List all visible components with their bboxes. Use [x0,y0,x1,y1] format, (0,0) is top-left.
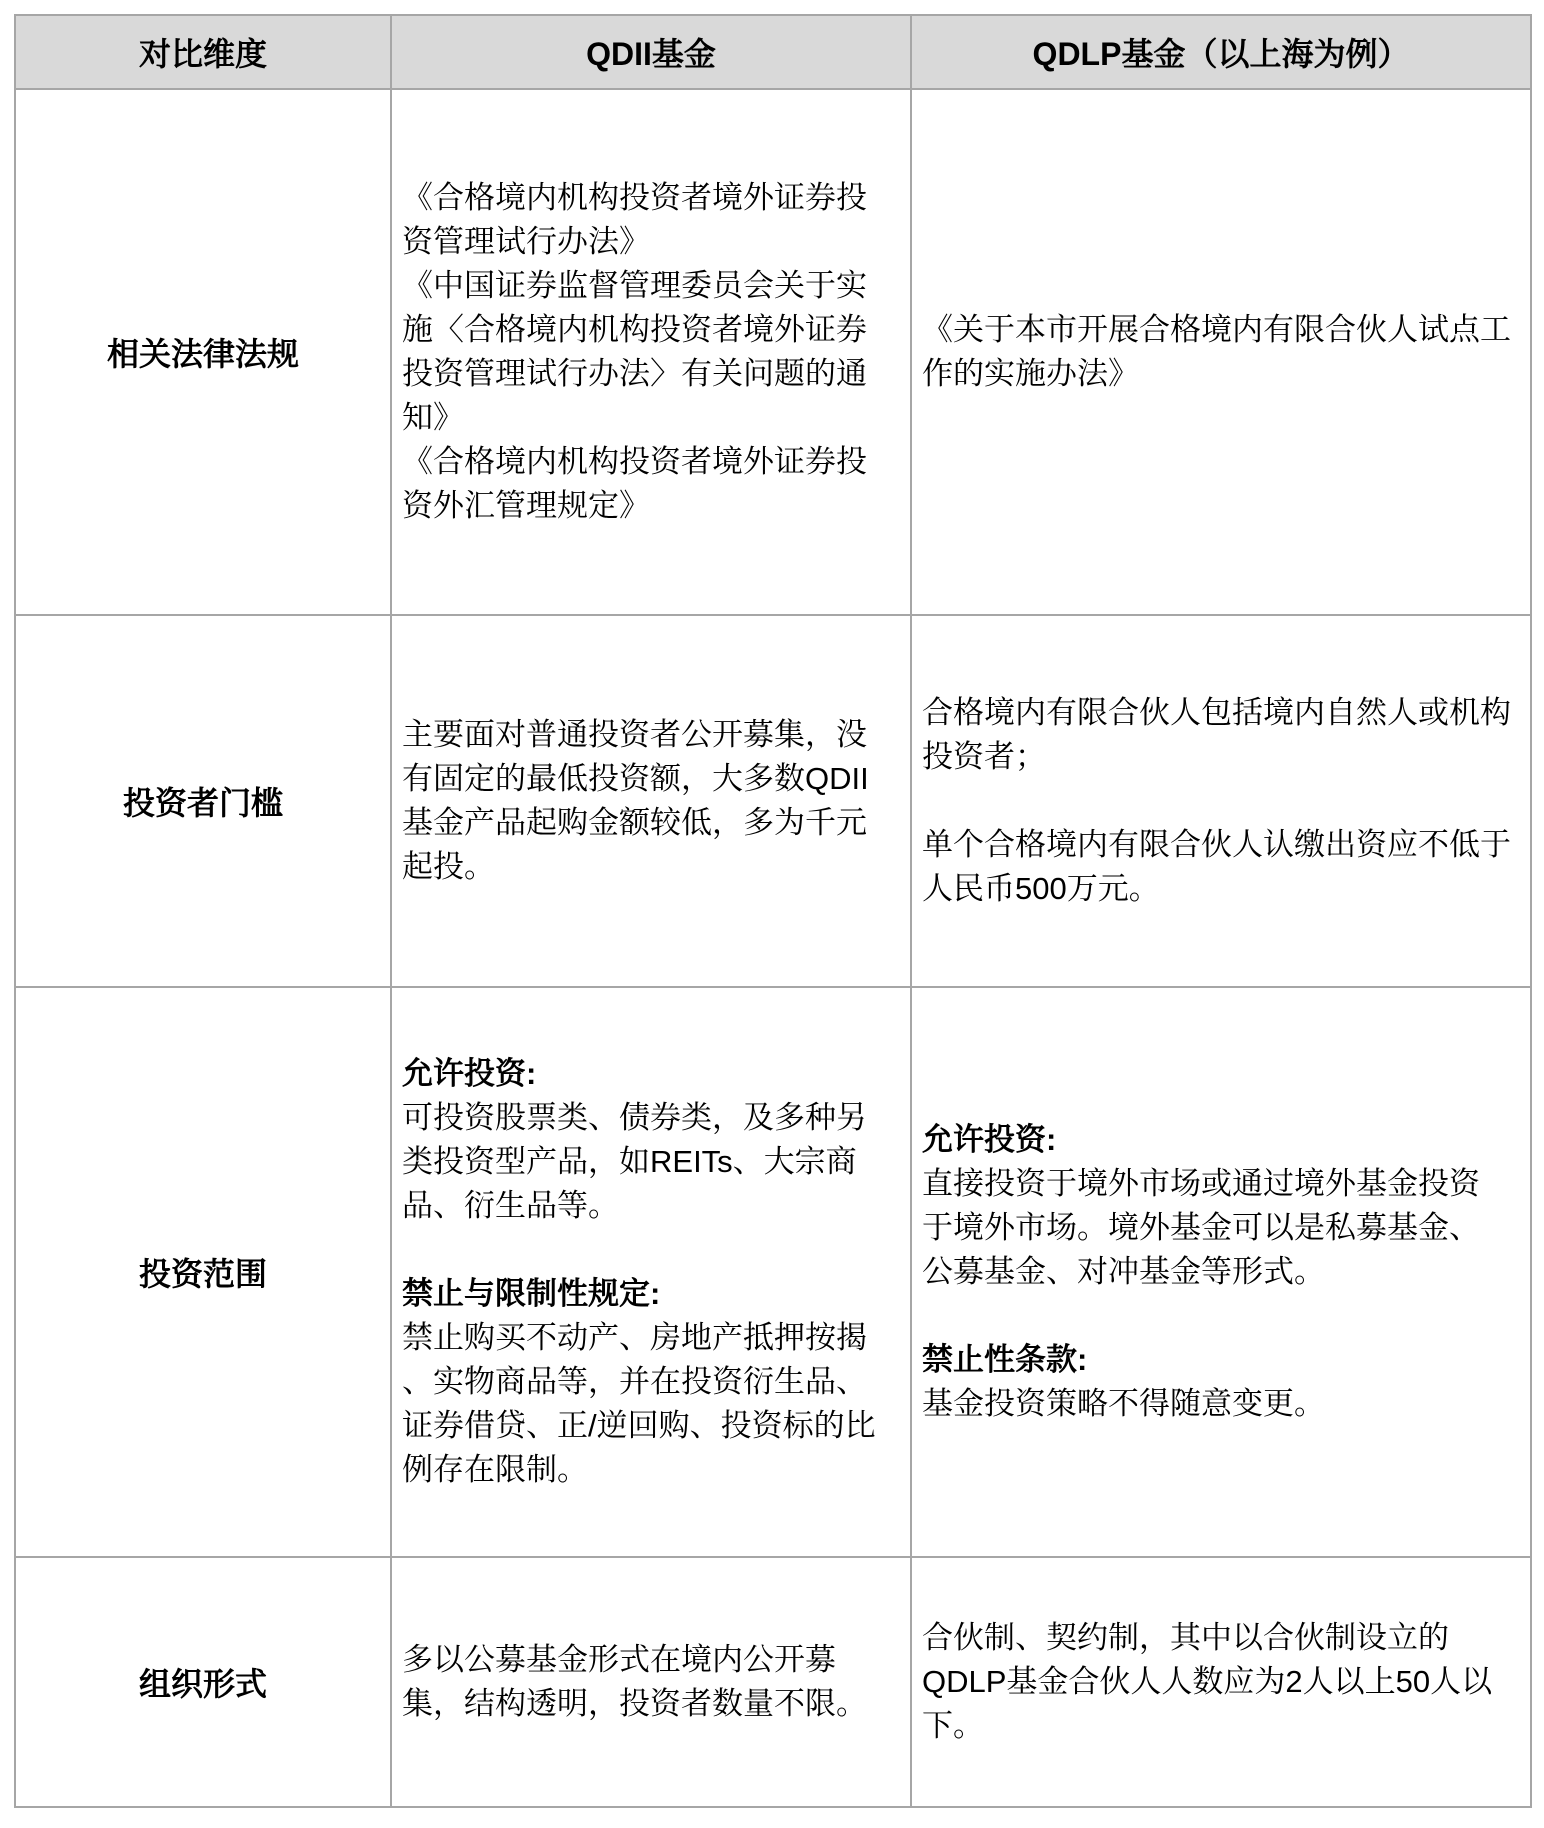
allowed-investments-text: 直接投资于境外市场或通过境外基金投资 于境外市场。境外基金可以是私募基金、 公募… [922,1162,1522,1294]
cell-text: 合伙制、契约制，其中以合伙制设立的 QDLP基金合伙人人数应为2人以上50人以 … [922,1616,1522,1748]
table-row-laws: 相关法律法规 《合格境内机构投资者境外证券投 资管理试行办法》 《中国证券监督管… [15,89,1531,615]
allowed-investments-text: 可投资股票类、债券类，及多种另 类投资型产品，如REITs、大宗商 品、衍生品等… [402,1096,902,1228]
row-dimension-laws: 相关法律法规 [15,89,391,615]
table-row-scope: 投资范围 允许投资: 可投资股票类、债券类，及多种另 类投资型产品，如REITs… [15,987,1531,1557]
cell-text: 《关于本市开展合格境内有限合伙人试点工 作的实施办法》 [922,308,1522,396]
prohibited-restrictions-label: 禁止与限制性规定: [402,1272,902,1316]
header-row: 对比维度 QDII基金 QDLP基金（以上海为例） [15,15,1531,89]
cell-qdii-threshold: 主要面对普通投资者公开募集，没 有固定的最低投资额，大多数QDII 基金产品起购… [391,615,911,987]
cell-text: 多以公募基金形式在境内公开募 集，结构透明，投资者数量不限。 [402,1638,902,1726]
cell-qdlp-threshold: 合格境内有限合伙人包括境内自然人或机构 投资者； 单个合格境内有限合伙人认缴出资… [911,615,1531,987]
allowed-investments-label: 允许投资: [922,1118,1522,1162]
document-page: 对比维度 QDII基金 QDLP基金（以上海为例） 相关法律法规 《合格境内机构… [14,14,1530,1808]
cell-text: 主要面对普通投资者公开募集，没 有固定的最低投资额，大多数QDII 基金产品起购… [402,713,902,889]
cell-qdlp-form: 合伙制、契约制，其中以合伙制设立的 QDLP基金合伙人人数应为2人以上50人以 … [911,1557,1531,1807]
cell-text: 合格境内有限合伙人包括境内自然人或机构 投资者； 单个合格境内有限合伙人认缴出资… [922,691,1522,911]
prohibited-clause-text: 基金投资策略不得随意变更。 [922,1382,1522,1426]
table-row-threshold: 投资者门槛 主要面对普通投资者公开募集，没 有固定的最低投资额，大多数QDII … [15,615,1531,987]
cell-qdii-form: 多以公募基金形式在境内公开募 集，结构透明，投资者数量不限。 [391,1557,911,1807]
comparison-table: 对比维度 QDII基金 QDLP基金（以上海为例） 相关法律法规 《合格境内机构… [14,14,1532,1808]
allowed-investments-label: 允许投资: [402,1052,902,1096]
cell-qdlp-scope: 允许投资: 直接投资于境外市场或通过境外基金投资 于境外市场。境外基金可以是私募… [911,987,1531,1557]
row-dimension-threshold: 投资者门槛 [15,615,391,987]
header-qdlp: QDLP基金（以上海为例） [911,15,1531,89]
header-qdii: QDII基金 [391,15,911,89]
prohibited-clause-label: 禁止性条款: [922,1338,1522,1382]
table-row-form: 组织形式 多以公募基金形式在境内公开募 集，结构透明，投资者数量不限。 合伙制、… [15,1557,1531,1807]
cell-qdii-laws: 《合格境内机构投资者境外证券投 资管理试行办法》 《中国证券监督管理委员会关于实… [391,89,911,615]
cell-qdii-scope: 允许投资: 可投资股票类、债券类，及多种另 类投资型产品，如REITs、大宗商 … [391,987,911,1557]
cell-text: 《合格境内机构投资者境外证券投 资管理试行办法》 《中国证券监督管理委员会关于实… [402,176,902,528]
prohibited-restrictions-text: 禁止购买不动产、房地产抵押按揭 、实物商品等，并在投资衍生品、 证券借贷、正/逆… [402,1316,902,1492]
row-dimension-scope: 投资范围 [15,987,391,1557]
row-dimension-form: 组织形式 [15,1557,391,1807]
header-dimension: 对比维度 [15,15,391,89]
cell-qdlp-laws: 《关于本市开展合格境内有限合伙人试点工 作的实施办法》 [911,89,1531,615]
